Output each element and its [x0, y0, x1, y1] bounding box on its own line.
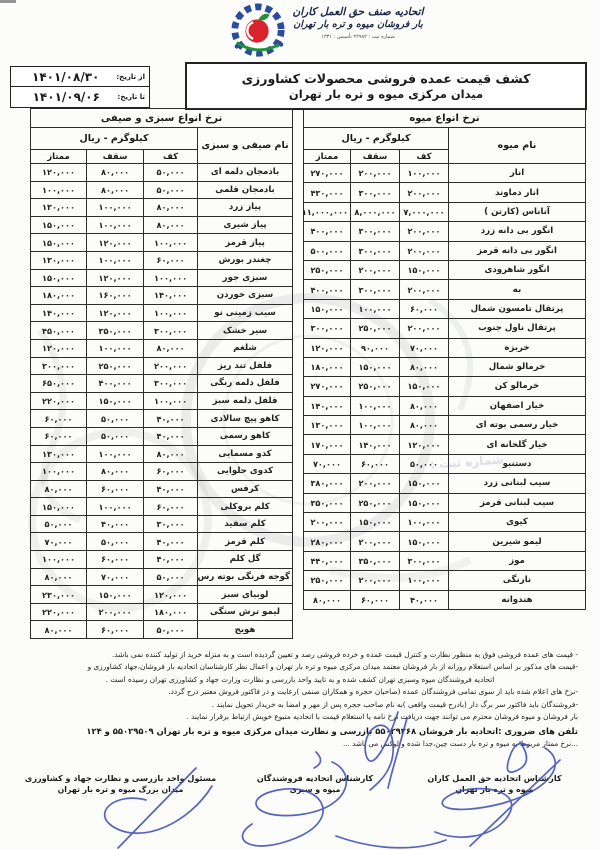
- ceiling-price-cell: ۱۰۰,۰۰۰: [87, 216, 144, 234]
- produce-name-cell: فلفل تند ریز: [198, 357, 293, 375]
- floor-price-cell: ۱۵۰,۰۰۰: [400, 377, 449, 396]
- date-range-box: از تاریخ: ۱۴۰۱/۰۸/۳۰ تا تاریخ: ۱۴۰۱/۰۹/۰…: [10, 66, 150, 108]
- premium-price-cell: ۱۰۰,۰۰۰: [31, 551, 87, 569]
- premium-price-cell: ۵۰۰,۰۰۰: [304, 241, 351, 260]
- floor-price-cell: ۸۰,۰۰۰: [144, 445, 198, 463]
- floor-price-cell: ۳۰۰,۰۰۰: [400, 551, 449, 570]
- floor-price-cell: ۵۰,۰۰۰: [144, 164, 198, 182]
- table-row: خیار اصفهان۸۰,۰۰۰۱۰۰,۰۰۰۱۴۰,۰۰۰: [304, 396, 586, 415]
- signature-block-inspection-unit: مسئول واحد بازرسی و نظارت جهاد و کشاورزی…: [18, 772, 223, 796]
- produce-name-cell: خیار رسمی بوته ای: [449, 416, 586, 435]
- premium-price-cell: ۸۰,۰۰۰: [31, 480, 87, 498]
- ceiling-price-cell: ۲۵۰,۰۰۰: [351, 377, 400, 396]
- premium-price-cell: ۲۷۰,۰۰۰: [304, 164, 351, 183]
- table-row: سیب زمینی نو۱۰۰,۰۰۰۱۲۰,۰۰۰۱۴۰,۰۰۰: [31, 304, 293, 322]
- ceiling-price-cell: ۷۰,۰۰۰: [87, 568, 144, 586]
- fruits-price-table: نرخ انواع میوه نام میوه کیلوگرم - ریال ک…: [303, 108, 586, 610]
- produce-name-cell: پیاز زرد: [198, 199, 293, 217]
- table-row: کاهو رسمی۴۰,۰۰۰۵۰,۰۰۰۶۰,۰۰۰: [31, 427, 293, 445]
- date-from-label: از تاریخ:: [116, 73, 145, 81]
- premium-price-cell: ۴۵۰,۰۰۰: [31, 322, 87, 340]
- table-row: انگور بی دانه قرمز۲۰۰,۰۰۰۳۰۰,۰۰۰۵۰۰,۰۰۰: [304, 241, 586, 260]
- ceiling-price-cell: ۲۰۰,۰۰۰: [351, 571, 400, 590]
- floor-price-cell: ۱۵۰,۰۰۰: [400, 493, 449, 512]
- ceiling-price-cell: ۸۰,۰۰۰: [87, 181, 144, 199]
- vegetables-table-title: نرخ انواع سبزی و صیفی: [31, 109, 293, 128]
- floor-price-cell: ۸۰,۰۰۰: [400, 357, 449, 376]
- ceiling-price-cell: ۵۰,۰۰۰: [87, 533, 144, 551]
- floor-price-cell: ۸۰,۰۰۰: [144, 339, 198, 357]
- ceiling-column-header: سقف: [87, 150, 144, 164]
- table-row: سیب لبنانی قرمز۱۵۰,۰۰۰۲۵۰,۰۰۰۳۵۰,۰۰۰: [304, 493, 586, 512]
- premium-price-cell: ۱۲۰,۰۰۰: [31, 164, 87, 182]
- produce-name-cell: کلم بروکلی: [198, 498, 293, 516]
- produce-name-cell: بادمجان قلمی: [198, 181, 293, 199]
- ceiling-price-cell: ۴۰۰,۰۰۰: [87, 375, 144, 393]
- floor-price-cell: ۳۰۰,۰۰۰: [144, 322, 198, 340]
- table-row: پیاز قرمز۱۰۰,۰۰۰۱۲۰,۰۰۰۱۵۰,۰۰۰: [31, 234, 293, 252]
- note-line: بار فروشان و میوه فروشان محترم می توانند…: [22, 711, 578, 723]
- floor-price-cell: ۶۰,۰۰۰: [144, 463, 198, 481]
- page-title: کشف قیمت عمده فروشی محصولات کشاورزی: [187, 70, 585, 87]
- ceiling-price-cell: ۱۲۰,۰۰۰: [87, 234, 144, 252]
- floor-price-cell: ۱۰۰,۰۰۰: [144, 269, 198, 287]
- produce-name-cell: گل کلم: [198, 551, 293, 569]
- produce-name-cell: شلغم: [198, 339, 293, 357]
- ceiling-price-cell: ۱۰۰,۰۰۰: [87, 445, 144, 463]
- produce-name-cell: لیمو ترش سنگی: [198, 603, 293, 621]
- signature-row: کارشناس اتحادیه حق العمل کاران میوه و تر…: [18, 772, 582, 796]
- produce-name-cell: نارنگی: [449, 571, 586, 590]
- ceiling-price-cell: ۱۰۰,۰۰۰: [87, 199, 144, 217]
- premium-price-cell: ۸۰,۰۰۰: [31, 568, 87, 586]
- floor-price-cell: ۸۰,۰۰۰: [400, 396, 449, 415]
- signature-block-commission-agents: کارشناس اتحادیه حق العمل کاران میوه و تر…: [407, 772, 582, 796]
- produce-name-cell: خیار اصفهان: [449, 396, 586, 415]
- premium-price-cell: ۱۳۰,۰۰۰: [31, 445, 87, 463]
- ceiling-price-cell: ۳۵۰,۰۰۰: [351, 551, 400, 570]
- produce-name-cell: فلفل دلمه رنگی: [198, 375, 293, 393]
- ceiling-price-cell: ۴۰,۰۰۰: [87, 515, 144, 533]
- ceiling-price-cell: ۲۵۰,۰۰۰: [351, 319, 400, 338]
- produce-name-cell: خرمالو شمال: [449, 357, 586, 376]
- premium-price-cell: ۷۰,۰۰۰: [31, 533, 87, 551]
- table-row: هندوانه۴۰,۰۰۰۶۰,۰۰۰۸۰,۰۰۰: [304, 590, 586, 609]
- premium-price-cell: ۵۰,۰۰۰: [31, 515, 87, 533]
- table-row: خربزه۷۰,۰۰۰۹۰,۰۰۰۱۲۰,۰۰۰: [304, 338, 586, 357]
- produce-name-cell: موز: [449, 551, 586, 570]
- premium-price-cell: ۶۰,۰۰۰: [31, 427, 87, 445]
- footer-notes: - قیمت های عمده فروشی فوق به منظور نظارت…: [22, 649, 578, 750]
- ceiling-price-cell: ۳۰۰,۰۰۰: [351, 183, 400, 202]
- floor-price-cell: ۱۵۰,۰۰۰: [400, 474, 449, 493]
- date-from-row: از تاریخ: ۱۴۰۱/۰۸/۳۰: [11, 67, 149, 86]
- produce-name-cell: پرتقال تامسون شمال: [449, 299, 586, 318]
- produce-name-cell: کاهو پیچ سالادی: [198, 410, 293, 428]
- produce-name-cell: کاهو رسمی: [198, 427, 293, 445]
- ceiling-price-cell: ۱۵۰,۰۰۰: [87, 586, 144, 604]
- table-row: موز۳۰۰,۰۰۰۳۵۰,۰۰۰۴۴۰,۰۰۰: [304, 551, 586, 570]
- floor-price-cell: ۸۰,۰۰۰: [400, 416, 449, 435]
- table-row: فلفل تند ریز۲۰۰,۰۰۰۲۵۰,۰۰۰۳۰۰,۰۰۰: [31, 357, 293, 375]
- premium-price-cell: ۱۴۰,۰۰۰: [304, 396, 351, 415]
- ceiling-price-cell: ۲۵۰,۰۰۰: [87, 357, 144, 375]
- ceiling-price-cell: ۱۰۰,۰۰۰: [87, 339, 144, 357]
- floor-price-cell: ۲۰۰,۰۰۰: [400, 241, 449, 260]
- premium-price-cell: ۱۳۰,۰۰۰: [31, 251, 87, 269]
- produce-name-cell: انگور بی دانه قرمز: [449, 241, 586, 260]
- ceiling-price-cell: ۸۰,۰۰۰: [87, 463, 144, 481]
- note-line: -نرخ های اعلام شده باید از سوی تمامی فرو…: [22, 686, 578, 698]
- floor-price-cell: ۱۰۰,۰۰۰: [144, 234, 198, 252]
- table-row: کلم بروکلی۶۰,۰۰۰۱۰۰,۰۰۰۱۵۰,۰۰۰: [31, 498, 293, 516]
- union-registration-line: شماره ثبت : ۲۲۹۸۲ تأسیس : ۱۳۳۱: [288, 34, 428, 40]
- premium-price-cell: ۱۷۰,۰۰۰: [304, 435, 351, 454]
- table-row: انار۱۰۰,۰۰۰۲۰۰,۰۰۰۲۷۰,۰۰۰: [304, 164, 586, 183]
- produce-name-cell: کیوی: [449, 513, 586, 532]
- date-to-value: ۱۴۰۱/۰۹/۰۶: [15, 90, 118, 104]
- premium-price-cell: ۲۵۰,۰۰۰: [304, 571, 351, 590]
- produce-name-cell: انگور بی دانه زرد: [449, 222, 586, 241]
- premium-price-cell: ۱۱,۰۰۰,۰۰۰: [304, 202, 351, 221]
- ceiling-price-cell: ۱۰۰,۰۰۰: [87, 498, 144, 516]
- ceiling-price-cell: ۲۰۰,۰۰۰: [351, 164, 400, 183]
- premium-price-cell: ۱۲۰,۰۰۰: [304, 338, 351, 357]
- ceiling-price-cell: ۳۰۰,۰۰۰: [351, 241, 400, 260]
- premium-price-cell: ۱۳۰,۰۰۰: [31, 199, 87, 217]
- premium-column-header: ممتاز: [304, 150, 351, 164]
- floor-price-cell: ۴۰,۰۰۰: [144, 480, 198, 498]
- vegetable-name-column-header: نام صیفی و سبزی: [198, 128, 293, 164]
- signature-subtitle: میوه و سبزی: [235, 784, 395, 796]
- ceiling-price-cell: ۸,۰۰۰,۰۰۰: [351, 202, 400, 221]
- ceiling-price-cell: ۳۰۰,۰۰۰: [351, 280, 400, 299]
- produce-name-cell: انگور شاهرودی: [449, 260, 586, 279]
- premium-price-cell: ۶۵۰,۰۰۰: [31, 375, 87, 393]
- table-row: سبزی جور۱۰۰,۰۰۰۱۲۰,۰۰۰۱۵۰,۰۰۰: [31, 269, 293, 287]
- produce-name-cell: بادمجان دلمه ای: [198, 164, 293, 182]
- unit-header: کیلوگرم - ریال: [304, 128, 449, 150]
- premium-price-cell: ۱۰۰,۰۰۰: [31, 181, 87, 199]
- table-row: گل کلم۴۰,۰۰۰۶۰,۰۰۰۱۰۰,۰۰۰: [31, 551, 293, 569]
- union-name-block: اتحادیه صنف حق العمل کاران بار فروشان می…: [288, 6, 428, 40]
- produce-name-cell: کدو مسمایی: [198, 445, 293, 463]
- table-row: پرتقال تامسون شمال۶۰,۰۰۰۱۰۰,۰۰۰۱۵۰,۰۰۰: [304, 299, 586, 318]
- table-row: آناناس (کارتن )۷,۰۰۰,۰۰۰۸,۰۰۰,۰۰۰۱۱,۰۰۰,…: [304, 202, 586, 221]
- produce-name-cell: سیب لبنانی زرد: [449, 474, 586, 493]
- table-row: خرمالو شمال۸۰,۰۰۰۱۵۰,۰۰۰۱۸۰,۰۰۰: [304, 357, 586, 376]
- floor-price-cell: ۲۰۰,۰۰۰: [400, 222, 449, 241]
- ceiling-column-header: سقف: [351, 150, 400, 164]
- floor-price-cell: ۱۰۰,۰۰۰: [400, 164, 449, 183]
- ceiling-price-cell: ۱۵۰,۰۰۰: [87, 392, 144, 410]
- premium-price-cell: ۲۵۰,۰۰۰: [304, 260, 351, 279]
- premium-price-cell: ۳۰۰,۰۰۰: [304, 319, 351, 338]
- premium-price-cell: ۱۵۰,۰۰۰: [304, 299, 351, 318]
- ceiling-price-cell: ۱۰۰,۰۰۰: [351, 396, 400, 415]
- floor-price-cell: ۷۰,۰۰۰: [400, 338, 449, 357]
- table-row: سیب لبنانی زرد۱۵۰,۰۰۰۲۰۰,۰۰۰۳۸۰,۰۰۰: [304, 474, 586, 493]
- ceiling-price-cell: ۶۰,۰۰۰: [351, 590, 400, 609]
- premium-price-cell: ۱۰۰,۰۰۰: [31, 463, 87, 481]
- produce-name-cell: پرتقال ناول جنوب: [449, 319, 586, 338]
- ceiling-price-cell: ۸۰,۰۰۰: [87, 164, 144, 182]
- floor-price-cell: ۲۰۰,۰۰۰: [400, 183, 449, 202]
- table-row: کیوی۱۰۰,۰۰۰۱۵۰,۰۰۰۲۰۰,۰۰۰: [304, 513, 586, 532]
- ceiling-price-cell: ۲۰۰,۰۰۰: [351, 532, 400, 551]
- floor-price-cell: ۳۰۰,۰۰۰: [144, 375, 198, 393]
- table-row: به۲۰۰,۰۰۰۳۰۰,۰۰۰۴۰۰,۰۰۰: [304, 280, 586, 299]
- signature-title: مسئول واحد بازرسی و نظارت جهاد و کشاورزی: [18, 772, 223, 784]
- premium-price-cell: ۴۰۰,۰۰۰: [304, 222, 351, 241]
- ceiling-price-cell: ۶۰,۰۰۰: [351, 454, 400, 473]
- floor-column-header: کف: [144, 150, 198, 164]
- ceiling-price-cell: ۱۵۰,۰۰۰: [351, 357, 400, 376]
- floor-price-cell: ۷,۰۰۰,۰۰۰: [400, 202, 449, 221]
- produce-name-cell: لوبیای سبز: [198, 586, 293, 604]
- signature-subtitle: میوه و تره بار تهران: [407, 784, 582, 796]
- table-row: خرمالو کن۱۵۰,۰۰۰۲۵۰,۰۰۰۲۷۰,۰۰۰: [304, 377, 586, 396]
- floor-price-cell: ۱۵۰,۰۰۰: [400, 260, 449, 279]
- floor-price-cell: ۲۰۰,۰۰۰: [144, 357, 198, 375]
- premium-price-cell: ۴۴۰,۰۰۰: [304, 551, 351, 570]
- signature-subtitle: میدان بزرگ میوه و تره بار تهران: [18, 784, 223, 796]
- produce-name-cell: سبزی خوردن: [198, 287, 293, 305]
- fruits-table-title: نرخ انواع میوه: [304, 109, 586, 128]
- produce-name-cell: خرمالو کن: [449, 377, 586, 396]
- table-row: خیار رسمی بوته ای۸۰,۰۰۰۱۰۰,۰۰۰۱۳۰,۰۰۰: [304, 416, 586, 435]
- ceiling-price-cell: ۶۰,۰۰۰: [87, 480, 144, 498]
- fruit-name-column-header: نام میوه: [449, 128, 586, 164]
- floor-price-cell: ۴۰,۰۰۰: [400, 590, 449, 609]
- produce-name-cell: کلم قرمز: [198, 533, 293, 551]
- premium-price-cell: ۱۳۰,۰۰۰: [304, 416, 351, 435]
- ceiling-price-cell: ۳۵۰,۰۰۰: [87, 322, 144, 340]
- table-row: سیر خشک۳۰۰,۰۰۰۳۵۰,۰۰۰۴۵۰,۰۰۰: [31, 322, 293, 340]
- ceiling-price-cell: ۲۰۰,۰۰۰: [351, 474, 400, 493]
- produce-name-cell: به: [449, 280, 586, 299]
- floor-price-cell: ۱۰۰,۰۰۰: [144, 304, 198, 322]
- note-line: اتحادیه فروشندگان میوه وسبزی تهران کشف ش…: [22, 674, 578, 686]
- premium-price-cell: ۲۸۰,۰۰۰: [304, 532, 351, 551]
- ceiling-price-cell: ۳۰۰,۰۰۰: [351, 222, 400, 241]
- premium-definition-note: ...نرخ ممتاز مربوط به میوه و تره بار دست…: [22, 738, 578, 750]
- premium-price-cell: ۱۲۰,۰۰۰: [31, 339, 87, 357]
- premium-price-cell: ۱۴۰,۰۰۰: [31, 304, 87, 322]
- ceiling-price-cell: ۱۰۰,۰۰۰: [351, 416, 400, 435]
- produce-name-cell: سبزی جور: [198, 269, 293, 287]
- date-to-row: تا تاریخ: ۱۴۰۱/۰۹/۰۶: [11, 86, 149, 106]
- table-row: هویج۵۰,۰۰۰۶۰,۰۰۰۸۰,۰۰۰: [31, 621, 293, 639]
- floor-price-cell: ۶۰,۰۰۰: [144, 251, 198, 269]
- table-row: کدو مسمایی۸۰,۰۰۰۱۰۰,۰۰۰۱۳۰,۰۰۰: [31, 445, 293, 463]
- produce-name-cell: سیر خشک: [198, 322, 293, 340]
- premium-price-cell: ۱۵۰,۰۰۰: [31, 216, 87, 234]
- scan-artifact: [0, 0, 16, 3]
- floor-price-cell: ۴۰,۰۰۰: [144, 533, 198, 551]
- table-row: کاهو پیچ سالادی۴۰,۰۰۰۵۰,۰۰۰۶۰,۰۰۰: [31, 410, 293, 428]
- premium-price-cell: ۲۲۰,۰۰۰: [31, 392, 87, 410]
- premium-price-cell: ۷۰,۰۰۰: [304, 454, 351, 473]
- note-line: -قیمت های مذکور بر اساس استعلام روزانه ا…: [22, 661, 578, 673]
- floor-price-cell: ۸۰,۰۰۰: [144, 216, 198, 234]
- floor-price-cell: ۳۰,۰۰۰: [144, 515, 198, 533]
- floor-price-cell: ۱۲۰,۰۰۰: [400, 435, 449, 454]
- page-subtitle: میدان مرکزی میوه و تره بار تهران: [187, 87, 585, 102]
- ceiling-price-cell: ۲۵۰,۰۰۰: [351, 493, 400, 512]
- premium-price-cell: ۴۳۰,۰۰۰: [304, 183, 351, 202]
- premium-price-cell: ۱۵۰,۰۰۰: [31, 269, 87, 287]
- floor-price-cell: ۱۰۰,۰۰۰: [144, 392, 198, 410]
- table-row: لیمو ترش سنگی۱۸۰,۰۰۰۲۰۰,۰۰۰۲۲۰,۰۰۰: [31, 603, 293, 621]
- produce-name-cell: انار دماوند: [449, 183, 586, 202]
- floor-price-cell: ۱۲۰,۰۰۰: [144, 586, 198, 604]
- premium-price-cell: ۸۰,۰۰۰: [31, 621, 87, 639]
- document-title-box: کشف قیمت عمده فروشی محصولات کشاورزی میدا…: [185, 62, 587, 110]
- produce-name-cell: پیاز قرمز: [198, 234, 293, 252]
- ceiling-price-cell: ۱۰۰,۰۰۰: [87, 251, 144, 269]
- floor-price-cell: ۸۰,۰۰۰: [144, 199, 198, 217]
- premium-price-cell: ۲۳۰,۰۰۰: [31, 586, 87, 604]
- table-row: انگور شاهرودی۱۵۰,۰۰۰۲۰۰,۰۰۰۲۵۰,۰۰۰: [304, 260, 586, 279]
- premium-price-cell: ۸۰,۰۰۰: [304, 590, 351, 609]
- floor-price-cell: ۵۰,۰۰۰: [144, 568, 198, 586]
- premium-price-cell: ۲۷۰,۰۰۰: [304, 377, 351, 396]
- union-name-line1: اتحادیه صنف حق العمل کاران: [288, 6, 428, 19]
- table-row: بادمجان قلمی۵۰,۰۰۰۸۰,۰۰۰۱۰۰,۰۰۰: [31, 181, 293, 199]
- union-logo-icon: [226, 2, 290, 60]
- floor-price-cell: ۱۰۰,۰۰۰: [400, 513, 449, 532]
- ceiling-price-cell: ۵۰,۰۰۰: [87, 410, 144, 428]
- table-row: نارنگی۱۰۰,۰۰۰۲۰۰,۰۰۰۲۵۰,۰۰۰: [304, 571, 586, 590]
- table-row: فلفل دلمه رنگی۳۰۰,۰۰۰۴۰۰,۰۰۰۶۵۰,۰۰۰: [31, 375, 293, 393]
- premium-price-cell: ۳۸۰,۰۰۰: [304, 474, 351, 493]
- premium-price-cell: ۶۰,۰۰۰: [31, 410, 87, 428]
- table-row: پیاز زرد۸۰,۰۰۰۱۰۰,۰۰۰۱۳۰,۰۰۰: [31, 199, 293, 217]
- produce-name-cell: انار: [449, 164, 586, 183]
- produce-name-cell: خربزه: [449, 338, 586, 357]
- ceiling-price-cell: ۱۶۰,۰۰۰: [87, 287, 144, 305]
- table-row: کدوی حلوایی۶۰,۰۰۰۸۰,۰۰۰۱۰۰,۰۰۰: [31, 463, 293, 481]
- produce-name-cell: پیاز شیری: [198, 216, 293, 234]
- floor-price-cell: ۴۰,۰۰۰: [144, 551, 198, 569]
- ceiling-price-cell: ۱۰۰,۰۰۰: [351, 299, 400, 318]
- floor-price-cell: ۱۸۰,۰۰۰: [144, 603, 198, 621]
- produce-name-cell: کلم سفید: [198, 515, 293, 533]
- ceiling-price-cell: ۲۰۰,۰۰۰: [87, 603, 144, 621]
- floor-price-cell: ۱۴۰,۰۰۰: [144, 287, 198, 305]
- premium-price-cell: ۴۰۰,۰۰۰: [304, 280, 351, 299]
- ceiling-price-cell: ۱۲۰,۰۰۰: [87, 269, 144, 287]
- ceiling-price-cell: ۱۵۰,۰۰۰: [351, 513, 400, 532]
- floor-column-header: کف: [400, 150, 449, 164]
- premium-price-cell: ۲۲۰,۰۰۰: [31, 603, 87, 621]
- premium-price-cell: ۱۸۰,۰۰۰: [31, 287, 87, 305]
- produce-name-cell: هندوانه: [449, 590, 586, 609]
- table-row: پرتقال ناول جنوب۲۰۰,۰۰۰۲۵۰,۰۰۰۳۰۰,۰۰۰: [304, 319, 586, 338]
- produce-name-cell: فلفل دلمه سبز: [198, 392, 293, 410]
- floor-price-cell: ۱۵۰,۰۰۰: [400, 532, 449, 551]
- ceiling-price-cell: ۱۲۰,۰۰۰: [87, 304, 144, 322]
- ceiling-price-cell: ۱۴۰,۰۰۰: [351, 435, 400, 454]
- produce-name-cell: لیمو شیرین: [449, 532, 586, 551]
- floor-price-cell: ۲۰۰,۰۰۰: [400, 280, 449, 299]
- ceiling-price-cell: ۲۰۰,۰۰۰: [351, 260, 400, 279]
- table-row: گوجه فرنگی بوته رس۵۰,۰۰۰۷۰,۰۰۰۸۰,۰۰۰: [31, 568, 293, 586]
- table-row: فلفل دلمه سبز۱۰۰,۰۰۰۱۵۰,۰۰۰۲۲۰,۰۰۰: [31, 392, 293, 410]
- table-row: لوبیای سبز۱۲۰,۰۰۰۱۵۰,۰۰۰۲۳۰,۰۰۰: [31, 586, 293, 604]
- produce-name-cell: چغندر بورش: [198, 251, 293, 269]
- table-row: شلغم۸۰,۰۰۰۱۰۰,۰۰۰۱۲۰,۰۰۰: [31, 339, 293, 357]
- premium-price-cell: ۲۰۰,۰۰۰: [304, 513, 351, 532]
- vegetables-price-table: نرخ انواع سبزی و صیفی نام صیفی و سبزی کی…: [30, 108, 293, 639]
- premium-price-cell: ۳۵۰,۰۰۰: [304, 493, 351, 512]
- table-row: انگور بی دانه زرد۲۰۰,۰۰۰۳۰۰,۰۰۰۴۰۰,۰۰۰: [304, 222, 586, 241]
- table-row: بادمجان دلمه ای۵۰,۰۰۰۸۰,۰۰۰۱۲۰,۰۰۰: [31, 164, 293, 182]
- note-line: - قیمت های عمده فروشی فوق به منظور نظارت…: [22, 649, 578, 661]
- premium-price-cell: ۱۵۰,۰۰۰: [31, 234, 87, 252]
- ceiling-price-cell: ۹۰,۰۰۰: [351, 338, 400, 357]
- note-line: -فروشندگان باید فاکتور سر برگ دار (بادرج…: [22, 699, 578, 711]
- signature-title: کارشناس اتحادیه حق العمل کاران: [407, 772, 582, 784]
- produce-name-cell: کرفس: [198, 480, 293, 498]
- floor-price-cell: ۶۰,۰۰۰: [144, 498, 198, 516]
- emergency-phones-line: تلفن های ضروری :اتحادیه بار فروشان ۵۵۰۲۹…: [22, 723, 578, 737]
- table-row: کلم قرمز۴۰,۰۰۰۵۰,۰۰۰۷۰,۰۰۰: [31, 533, 293, 551]
- ceiling-price-cell: ۵۰,۰۰۰: [87, 427, 144, 445]
- produce-name-cell: سیب زمینی نو: [198, 304, 293, 322]
- table-row: خیار گلخانه ای۱۲۰,۰۰۰۱۴۰,۰۰۰۱۷۰,۰۰۰: [304, 435, 586, 454]
- signature-title: کارشناس اتحادیه فروشندگان: [235, 772, 395, 784]
- table-row: کرفس۴۰,۰۰۰۶۰,۰۰۰۸۰,۰۰۰: [31, 480, 293, 498]
- table-row: کلم سفید۳۰,۰۰۰۴۰,۰۰۰۵۰,۰۰۰: [31, 515, 293, 533]
- floor-price-cell: ۵۰,۰۰۰: [144, 621, 198, 639]
- table-row: لیمو شیرین۱۵۰,۰۰۰۲۰۰,۰۰۰۲۸۰,۰۰۰: [304, 532, 586, 551]
- premium-column-header: ممتاز: [31, 150, 87, 164]
- table-row: چغندر بورش۶۰,۰۰۰۱۰۰,۰۰۰۱۳۰,۰۰۰: [31, 251, 293, 269]
- floor-price-cell: ۴۰,۰۰۰: [144, 427, 198, 445]
- table-row: انار دماوند۲۰۰,۰۰۰۳۰۰,۰۰۰۴۳۰,۰۰۰: [304, 183, 586, 202]
- floor-price-cell: ۴۰,۰۰۰: [144, 410, 198, 428]
- table-row: پیاز شیری۸۰,۰۰۰۱۰۰,۰۰۰۱۵۰,۰۰۰: [31, 216, 293, 234]
- unit-header: کیلوگرم - ریال: [31, 128, 198, 150]
- floor-price-cell: ۱۰۰,۰۰۰: [400, 571, 449, 590]
- ceiling-price-cell: ۶۰,۰۰۰: [87, 621, 144, 639]
- signature-block-sellers-union: کارشناس اتحادیه فروشندگان میوه و سبزی: [235, 772, 395, 796]
- produce-name-cell: آناناس (کارتن ): [449, 202, 586, 221]
- produce-name-cell: هویج: [198, 621, 293, 639]
- premium-price-cell: ۳۰۰,۰۰۰: [31, 357, 87, 375]
- price-bulletin-page: شماره ثبت : اتحادیه صنف حق العمل کاران ب…: [0, 0, 600, 850]
- produce-name-cell: خیار گلخانه ای: [449, 435, 586, 454]
- table-row: سبزی خوردن۱۴۰,۰۰۰۱۶۰,۰۰۰۱۸۰,۰۰۰: [31, 287, 293, 305]
- produce-name-cell: گوجه فرنگی بوته رس: [198, 568, 293, 586]
- union-name-line2: بار فروشان میوه و تره بار تهران: [288, 19, 428, 31]
- floor-price-cell: ۵۰,۰۰۰: [144, 181, 198, 199]
- date-to-label: تا تاریخ:: [118, 93, 145, 101]
- produce-name-cell: کدوی حلوایی: [198, 463, 293, 481]
- premium-price-cell: ۱۵۰,۰۰۰: [31, 498, 87, 516]
- floor-price-cell: ۶۰,۰۰۰: [400, 299, 449, 318]
- produce-name-cell: سیب لبنانی قرمز: [449, 493, 586, 512]
- date-from-value: ۱۴۰۱/۰۸/۳۰: [15, 70, 116, 84]
- premium-price-cell: ۱۸۰,۰۰۰: [304, 357, 351, 376]
- floor-price-cell: ۲۰۰,۰۰۰: [400, 319, 449, 338]
- ceiling-price-cell: ۶۰,۰۰۰: [87, 551, 144, 569]
